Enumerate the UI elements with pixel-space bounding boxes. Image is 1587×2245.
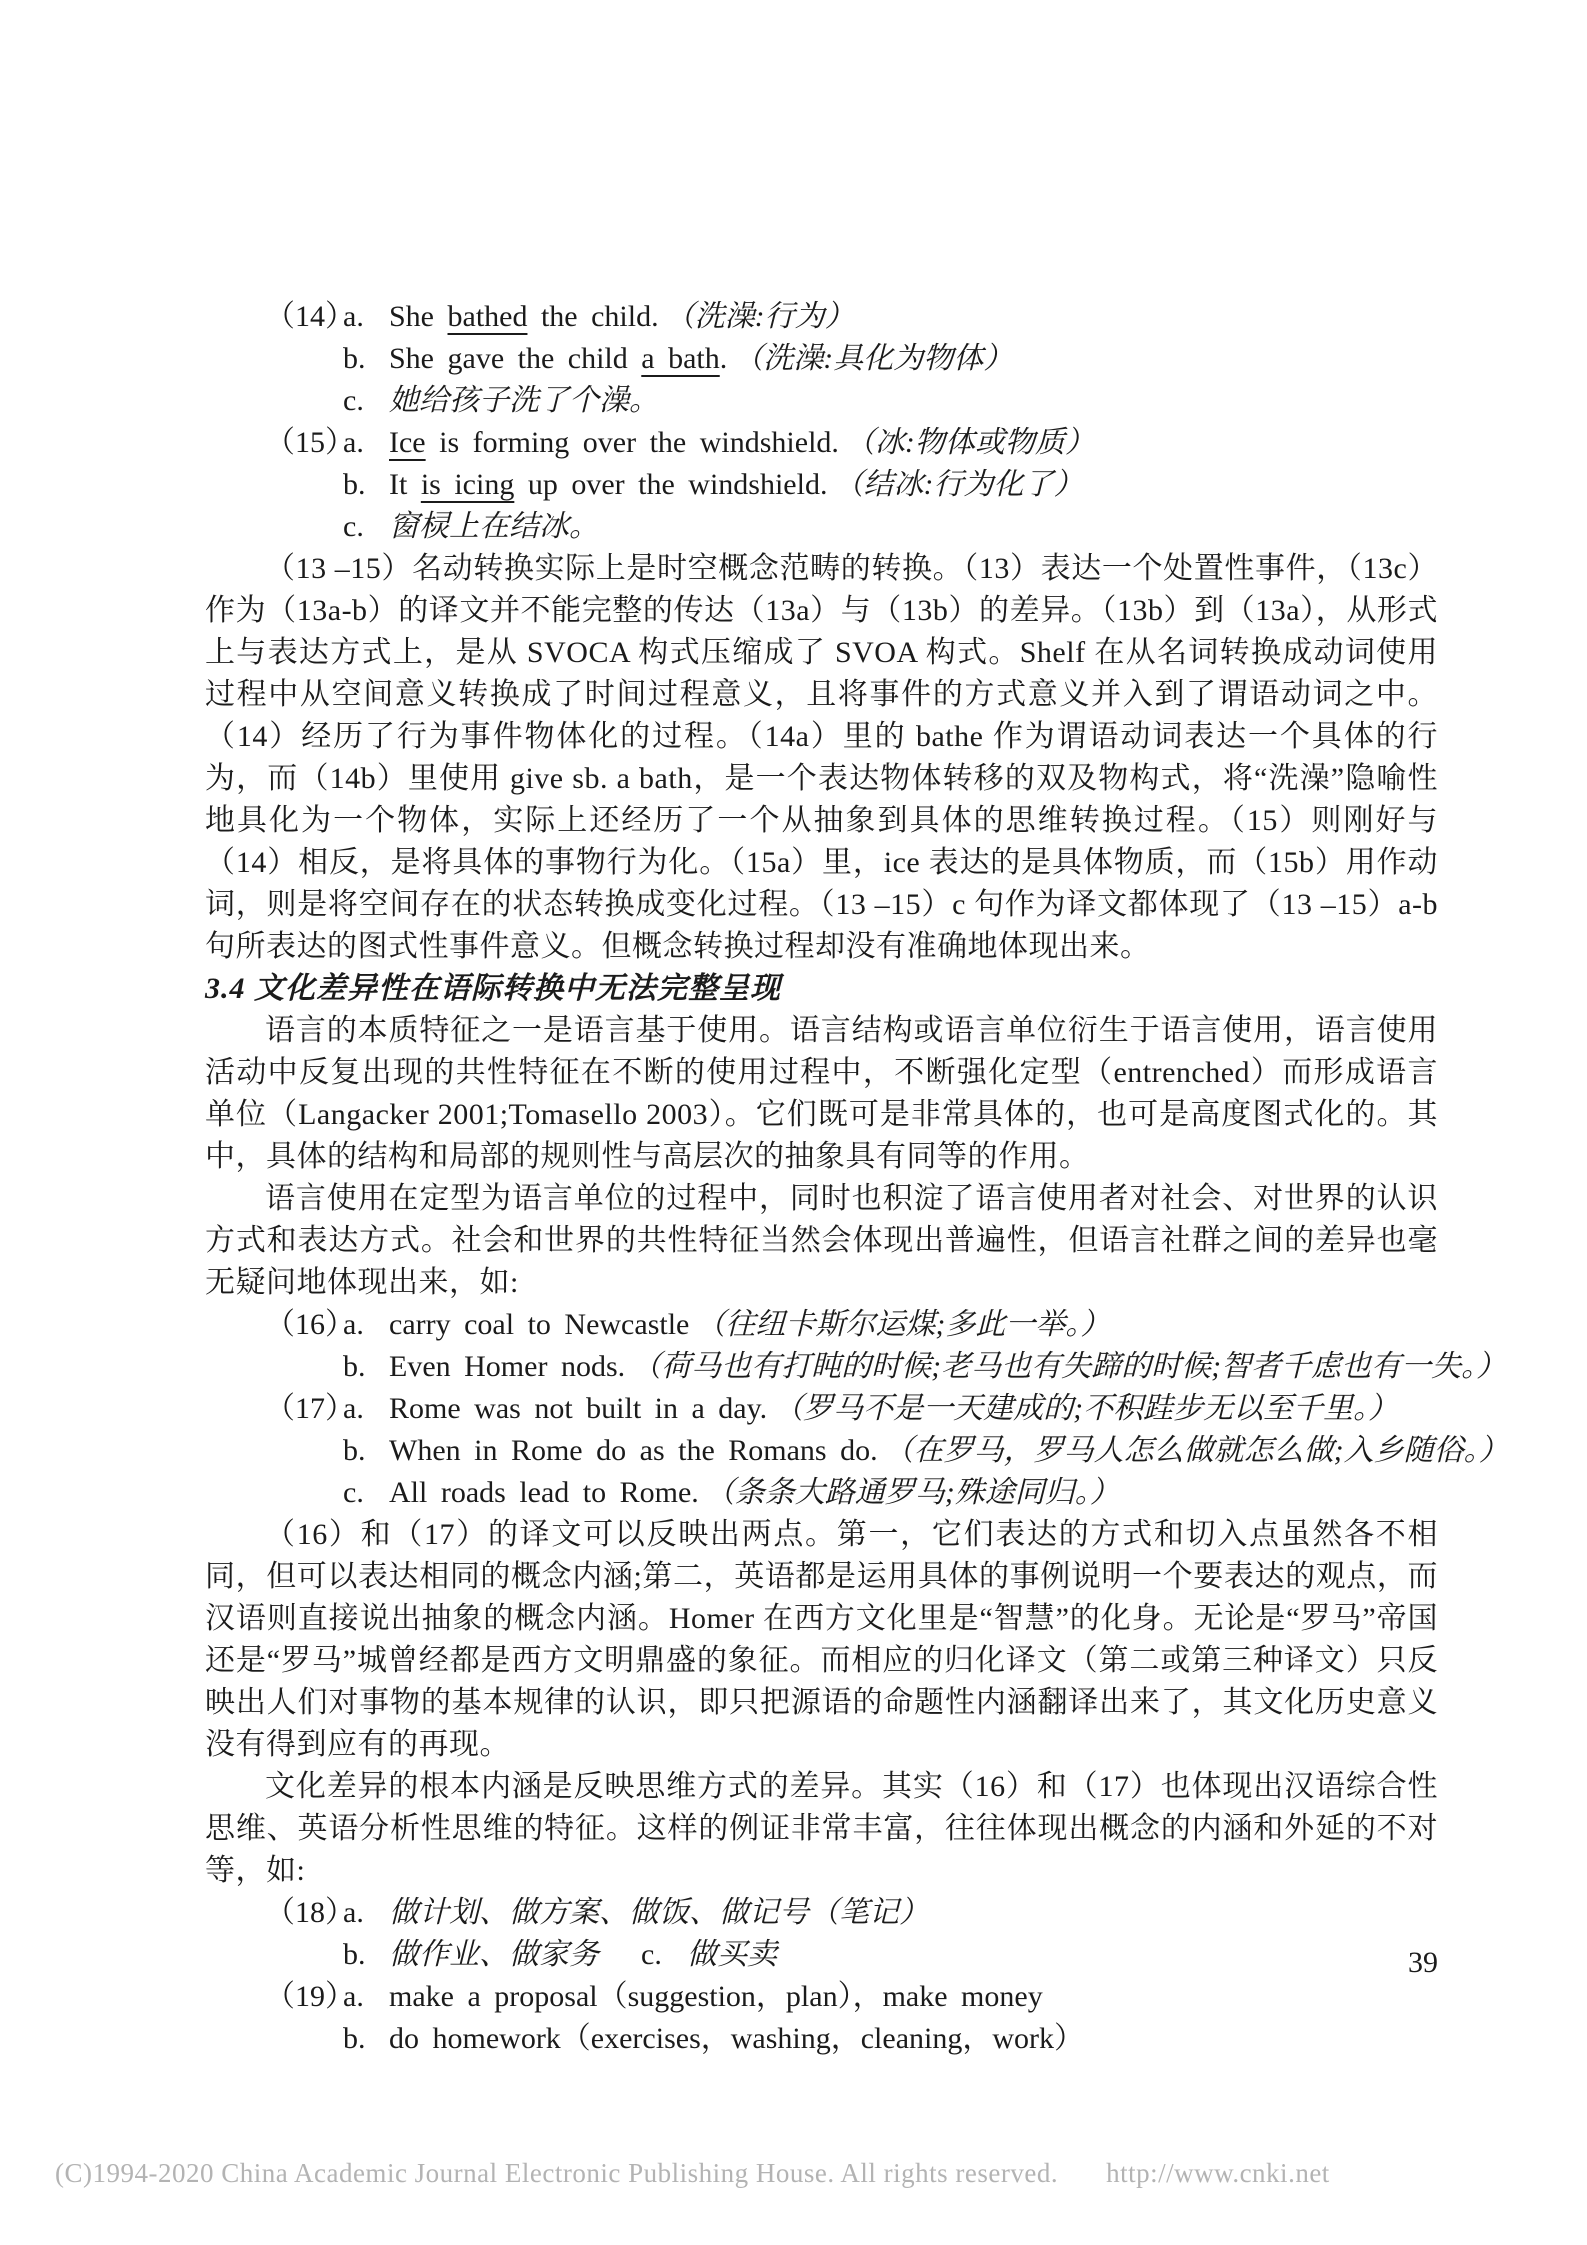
example-15b-english: It is icing up over the windshield. [389, 468, 827, 501]
example-17a-gloss: （罗马不是一天建成的;不积跬步无以至千里。） [773, 1392, 1398, 1425]
example-18-number: （18） [265, 1892, 343, 1934]
copyright-text: (C)1994-2020 China Academic Journal Elec… [55, 2158, 1058, 2188]
example-18a: （18）a.做计划、做方案、做饭、做记号（笔记） [205, 1892, 1438, 1934]
example-15b: b.It is icing up over the windshield.（结冰… [205, 464, 1438, 506]
example-14b-underlined: a bath [641, 342, 719, 375]
example-16a-english: carry coal to Newcastle [389, 1308, 689, 1341]
page-content: （14）a.She bathed the child.（洗澡:行为） b.She… [205, 296, 1438, 2060]
paragraph-entrenchment: 语言使用在定型为语言单位的过程中，同时也积淀了语言使用者对社会、对世界的认识方式… [205, 1178, 1438, 1304]
example-16a-gloss: （往纽卡斯尔运煤;多此一举。） [695, 1308, 1110, 1341]
example-letter-a: a. [343, 1976, 389, 2018]
example-14b: b.She gave the child a bath.（洗澡:具化为物体） [205, 338, 1438, 380]
paragraph-usage-based: 语言的本质特征之一是语言基于使用。语言结构或语言单位衍生于语言使用，语言使用活动… [205, 1010, 1438, 1178]
example-16-number: （16） [265, 1304, 343, 1346]
paragraph-translation-two-points: （16）和（17）的译文可以反映出两点。第一，它们表达的方式和切入点虽然各不相同… [205, 1514, 1438, 1766]
example-16a: （16）a.carry coal to Newcastle（往纽卡斯尔运煤;多此… [205, 1304, 1438, 1346]
example-14a-gloss: （洗澡:行为） [665, 300, 855, 333]
cnki-url: http://www.cnki.net [1106, 2158, 1330, 2188]
example-letter-c: c. [343, 506, 389, 548]
example-letter-b: b. [343, 1430, 389, 1472]
example-16b-gloss: （荷马也有打盹的时候;老马也有失蹄的时候;智者千虑也有一失。） [631, 1350, 1506, 1383]
example-letter-a: a. [343, 296, 389, 338]
paragraph-13-15-discussion: （13 –15）名动转换实际上是时空概念范畴的转换。（13）表达一个处置性事件，… [205, 548, 1438, 968]
example-14a-pre: She [389, 300, 448, 333]
example-15a: （15）a.Ice is forming over the windshield… [205, 422, 1438, 464]
example-17c-english: All roads lead to Rome. [389, 1476, 699, 1509]
example-17b: b.When in Rome do as the Romans do.（在罗马，… [205, 1430, 1438, 1472]
example-15b-underlined: is icing [421, 468, 515, 501]
example-15a-underlined: Ice [389, 426, 426, 459]
example-17c: c.All roads lead to Rome.（条条大路通罗马;殊途同归。） [205, 1472, 1438, 1514]
example-15c: c.窗棂上在结冰。 [205, 506, 1438, 548]
example-letter-a: a. [343, 1892, 389, 1934]
example-letter-b: b. [343, 2018, 389, 2060]
example-15b-pre: It [389, 468, 421, 501]
example-14b-pre: She gave the child [389, 342, 641, 375]
example-14b-english: She gave the child a bath. [389, 342, 727, 375]
example-14a-underlined: bathed [448, 300, 528, 333]
paragraph-cultural-difference: 文化差异的根本内涵是反映思维方式的差异。其实（16）和（17）也体现出汉语综合性… [205, 1766, 1438, 1892]
example-17-number: （17） [265, 1388, 343, 1430]
example-14c-chinese: 她给孩子洗了个澡。 [389, 384, 659, 417]
example-19a: （19）a.make a proposal（suggestion，plan），m… [205, 1976, 1438, 2018]
example-letter-a: a. [343, 422, 389, 464]
example-letter-a: a. [343, 1388, 389, 1430]
example-letter-c: c. [343, 1472, 389, 1514]
example-letter-c: c. [343, 380, 389, 422]
example-letter-b: b. [343, 338, 389, 380]
example-14-number: （14） [265, 296, 343, 338]
page-number: 39 [205, 1946, 1438, 1980]
example-14c: c.她给孩子洗了个澡。 [205, 380, 1438, 422]
example-16b: b.Even Homer nods.（荷马也有打盹的时候;老马也有失蹄的时候;智… [205, 1346, 1438, 1388]
example-15a-english: Ice is forming over the windshield. [389, 426, 839, 459]
example-15-number: （15） [265, 422, 343, 464]
example-17c-gloss: （条条大路通罗马;殊途同归。） [705, 1476, 1120, 1509]
example-14b-gloss: （洗澡:具化为物体） [733, 342, 1013, 375]
example-14a-post: the child. [527, 300, 658, 333]
section-heading-3-4: 3.4 文化差异性在语际转换中无法完整呈现 [205, 968, 1438, 1010]
example-16b-english: Even Homer nods. [389, 1350, 625, 1383]
example-17a: （17）a.Rome was not built in a day.（罗马不是一… [205, 1388, 1438, 1430]
example-15b-post: up over the windshield. [514, 468, 827, 501]
example-17a-english: Rome was not built in a day. [389, 1392, 767, 1425]
example-14a-english: She bathed the child. [389, 300, 659, 333]
example-15a-post: is forming over the windshield. [426, 426, 839, 459]
example-14b-post: . [720, 342, 728, 375]
example-14a: （14）a.She bathed the child.（洗澡:行为） [205, 296, 1438, 338]
example-19b: b.do homework（exercises，washing，cleaning… [205, 2018, 1438, 2060]
example-letter-a: a. [343, 1304, 389, 1346]
example-19b-english: do homework（exercises，washing，cleaning，w… [389, 2022, 1084, 2055]
example-15a-gloss: （冰:物体或物质） [845, 426, 1095, 459]
example-19-number: （19） [265, 1976, 343, 2018]
footer-copyright-line: (C)1994-2020 China Academic Journal Elec… [55, 2158, 1535, 2189]
example-19a-english: make a proposal（suggestion，plan），make mo… [389, 1980, 1043, 2013]
example-15c-chinese: 窗棂上在结冰。 [389, 510, 599, 543]
example-17b-gloss: （在罗马，罗马人怎么做就怎么做;入乡随俗。） [884, 1434, 1509, 1467]
example-18a-chinese: 做计划、做方案、做饭、做记号（笔记） [389, 1896, 929, 1929]
example-15b-gloss: （结冰:行为化了） [833, 468, 1083, 501]
example-letter-b: b. [343, 464, 389, 506]
example-letter-b: b. [343, 1346, 389, 1388]
example-17b-english: When in Rome do as the Romans do. [389, 1434, 878, 1467]
